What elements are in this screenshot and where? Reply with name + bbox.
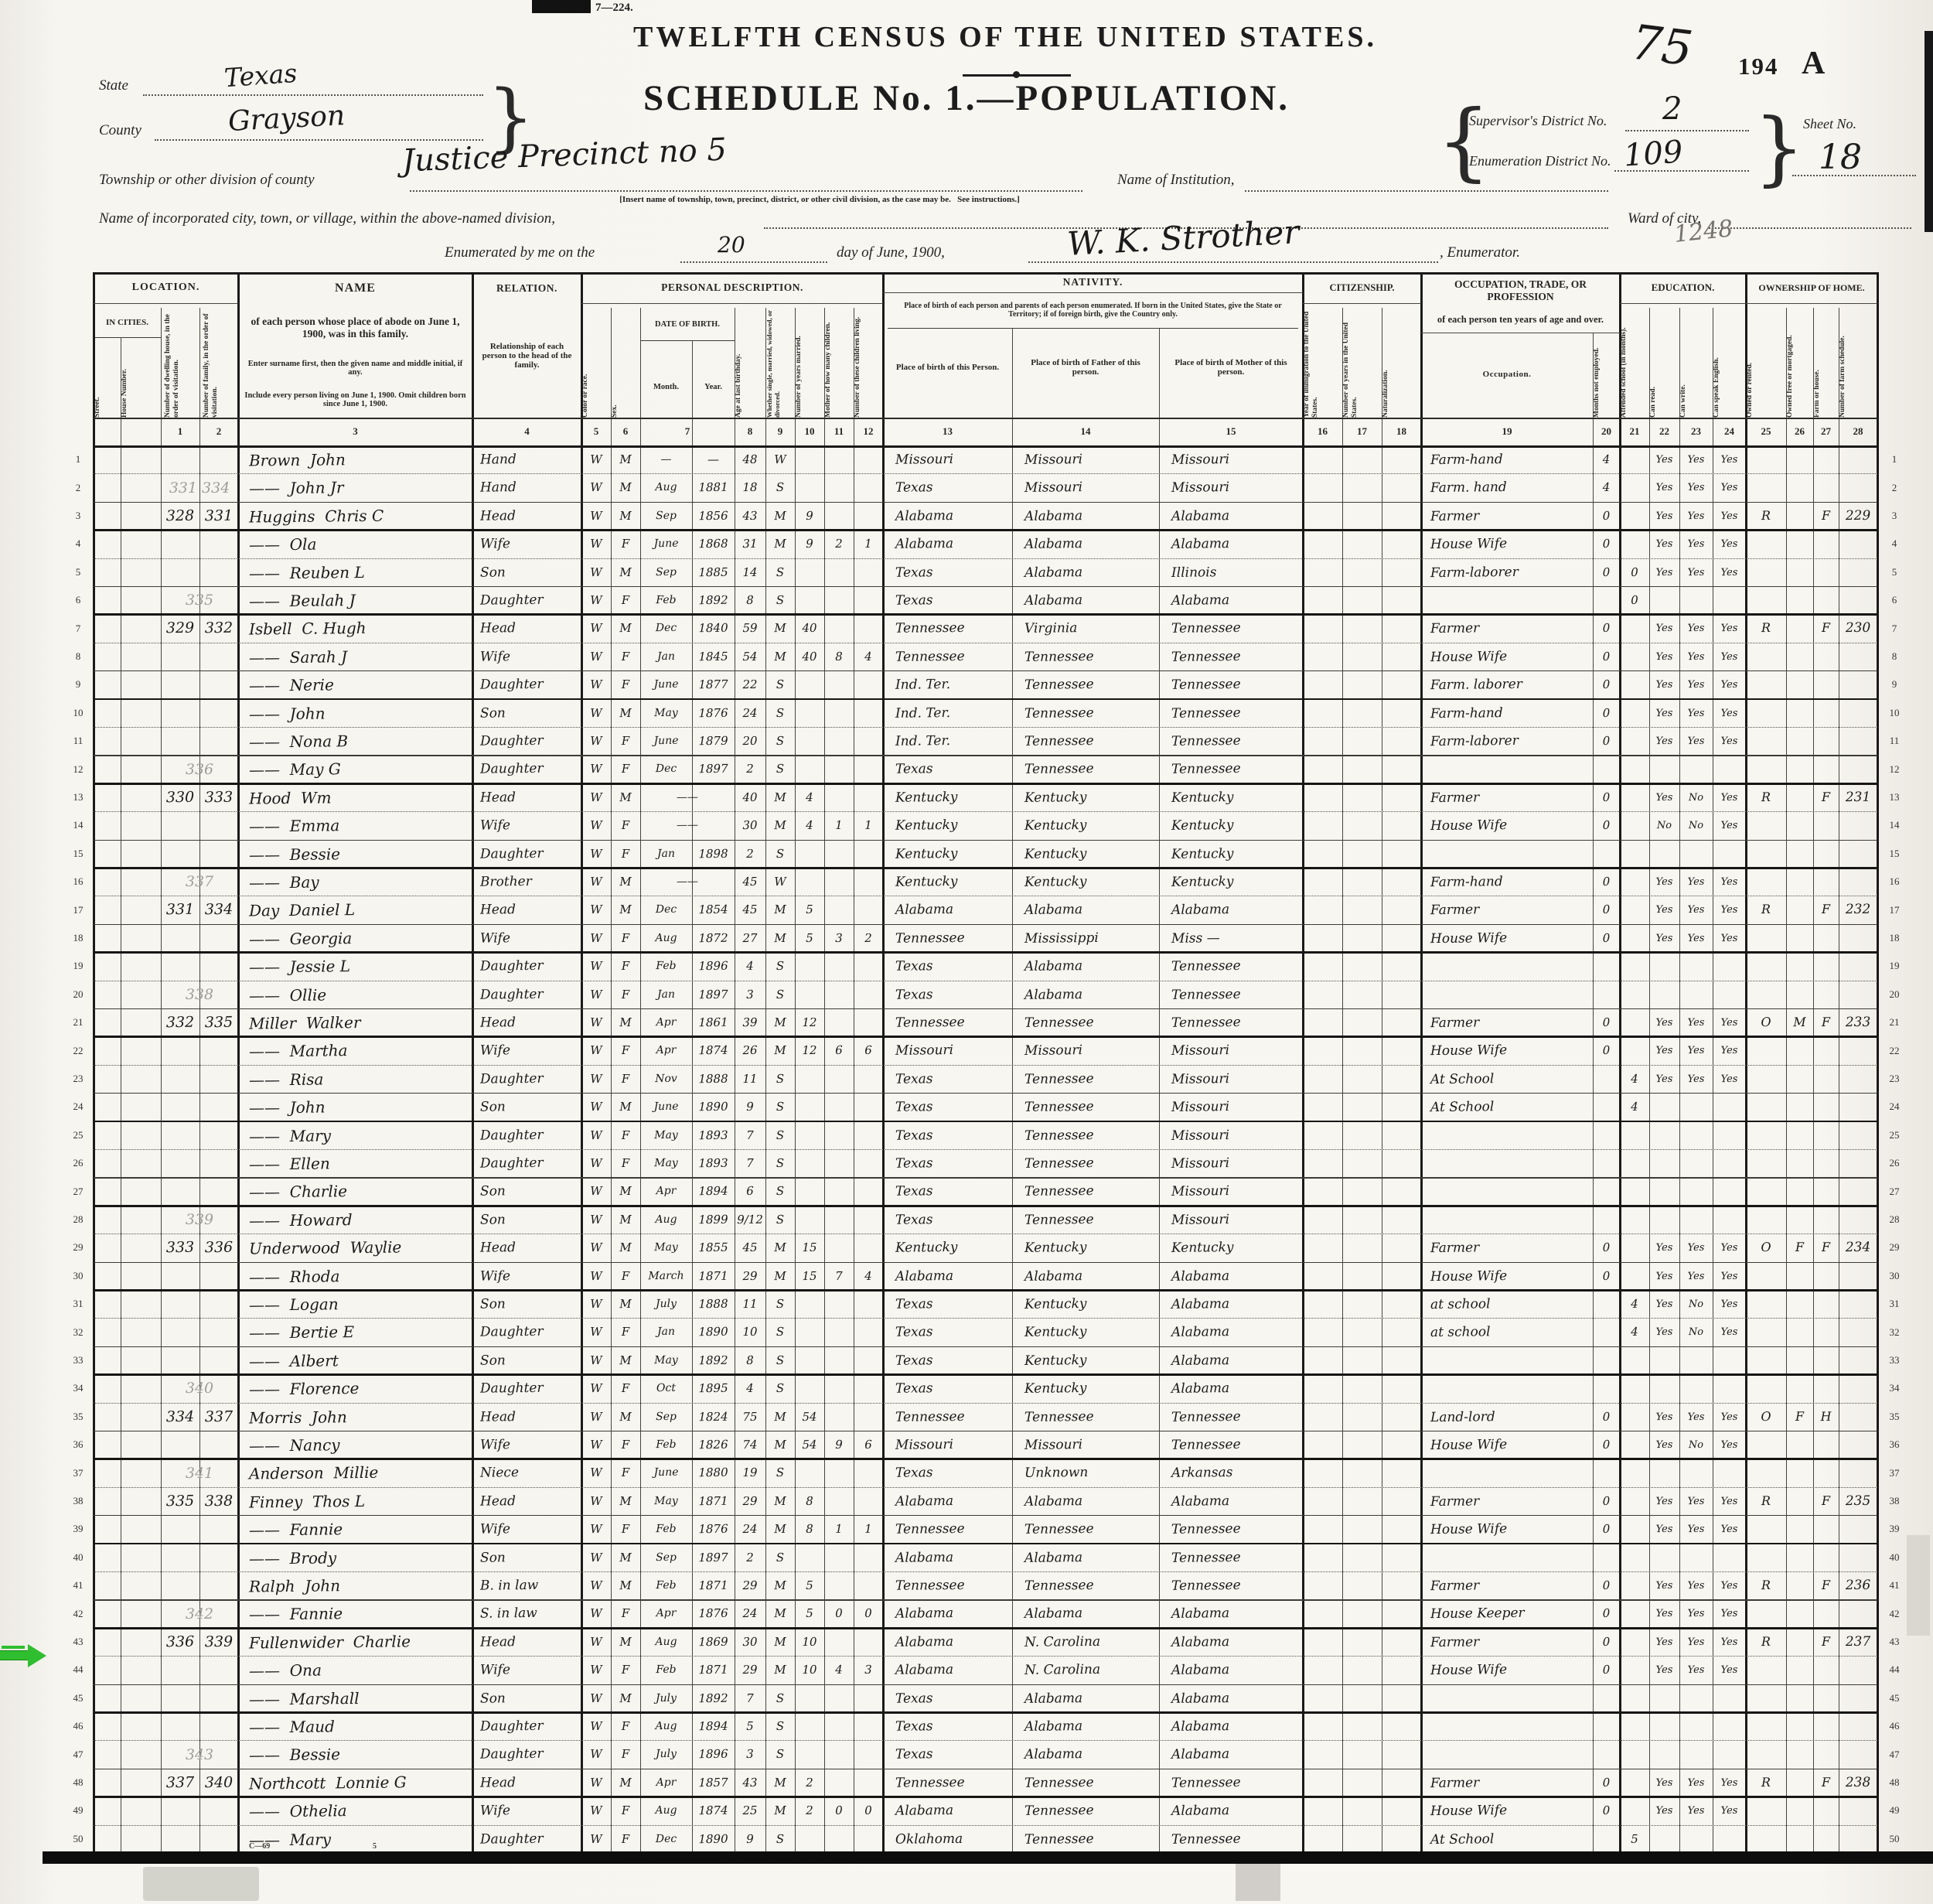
row-36-cell-ym: 54	[795, 1431, 824, 1459]
row-number-left-24: 24	[66, 1093, 90, 1121]
row-41-cell-fsn: 236	[1839, 1571, 1877, 1600]
col-name-note2: Include every person living on June 1, 1…	[244, 385, 466, 415]
row-32-cell-rel: Daughter	[472, 1318, 589, 1347]
row-48-cell-s: M	[611, 1769, 640, 1797]
row-32-cell-en: Yes	[1713, 1318, 1746, 1346]
row-7-cell-pbf: Virginia	[1012, 613, 1171, 643]
row-3-cell-bm: Sep	[640, 501, 692, 530]
row-44-cell-rel: Wife	[472, 1655, 589, 1684]
row-number-right-1: 1	[1882, 445, 1907, 473]
row-26-cell-pbf: Tennessee	[1012, 1148, 1171, 1179]
row-number-left-11: 11	[66, 727, 90, 755]
row-21-cell-rd: Yes	[1649, 1008, 1679, 1037]
table-rule-h	[1620, 303, 1746, 304]
row-38-cell-ym: 8	[795, 1487, 824, 1516]
row-36-cell-by: 1826	[692, 1431, 735, 1459]
row-24-cell-by: 1890	[692, 1093, 735, 1121]
row-42-cell-lv: 0	[854, 1599, 883, 1628]
row-43-cell-pb: Alabama	[883, 1627, 1024, 1657]
scan-artifact-top-blob	[532, 0, 591, 13]
row-34-cell-name: —— Florence	[238, 1373, 483, 1404]
row-41-cell-ym: 5	[795, 1571, 824, 1600]
row-20-cell-c: W	[581, 980, 611, 1008]
row-2-cell-name: —— John Jr	[238, 473, 483, 503]
row-1-cell-en: Yes	[1713, 445, 1746, 474]
row-1-cell-name: Brown John	[238, 444, 483, 475]
column-number-3: 3	[238, 418, 472, 445]
row-28-cell-pbf: Tennessee	[1012, 1205, 1171, 1235]
row-2-pencil-number: 331 334	[162, 473, 237, 501]
row-17-cell-wr: Yes	[1679, 896, 1713, 924]
row-35-cell-dw: 334	[161, 1402, 199, 1431]
row-38-cell-pbm: Alabama	[1159, 1486, 1315, 1517]
row-36-cell-occ: House Wife	[1421, 1430, 1602, 1460]
sheet-line	[1792, 175, 1916, 176]
green-arrow-head	[28, 1644, 46, 1667]
row-15-cell-rel: Daughter	[472, 839, 589, 868]
row-41-cell-name: Ralph John	[238, 1570, 483, 1601]
row-38-cell-by: 1871	[692, 1487, 735, 1516]
scan-artifact-right-strip	[1924, 31, 1933, 232]
col-attended-school: Attended school (in months).	[1620, 308, 1649, 419]
row-22-cell-age: 26	[735, 1036, 765, 1065]
row-35-cell-fm: F	[1786, 1402, 1813, 1431]
row-18-cell-pbm: Miss —	[1159, 923, 1315, 954]
row-28-cell-age: 9/12	[735, 1206, 765, 1234]
row-32-cell-c: W	[581, 1318, 611, 1346]
row-2-cell-age: 18	[735, 473, 765, 502]
row-28-cell-name: —— Howard	[238, 1204, 483, 1235]
row-23-cell-rd: Yes	[1649, 1065, 1679, 1094]
row-29-cell-mne: 0	[1593, 1234, 1620, 1262]
row-40-cell-s: M	[611, 1543, 640, 1571]
row-48-cell-en: Yes	[1713, 1769, 1746, 1797]
row-11-cell-name: —— Nona B	[238, 725, 483, 756]
row-3-cell-fam: 331	[199, 502, 238, 531]
green-arrow-tail-2	[2, 1646, 25, 1649]
row-22-cell-c: W	[581, 1036, 611, 1065]
row-8-cell-ym: 40	[795, 643, 824, 671]
row-7-cell-pbm: Tennessee	[1159, 613, 1315, 643]
row-20-cell-pb: Texas	[883, 980, 1024, 1009]
column-number-8: 8	[735, 418, 765, 445]
row-9-cell-m: S	[765, 670, 795, 699]
row-43-cell-fh: F	[1813, 1628, 1839, 1657]
col-group-name: NAME	[238, 275, 472, 302]
row-44-cell-s: F	[611, 1656, 640, 1684]
row-18-cell-c: W	[581, 924, 611, 953]
col-nativity-desc: Place of birth of each person and parent…	[888, 292, 1298, 329]
col-farm-schedule-no: Number of farm schedule.	[1839, 308, 1877, 419]
row-38-cell-en: Yes	[1713, 1487, 1746, 1516]
row-35-cell-pbf: Tennessee	[1012, 1402, 1171, 1432]
row-46-cell-by: 1894	[692, 1712, 735, 1741]
row-6-cell-pbf: Alabama	[1012, 585, 1171, 616]
row-39-cell-ym: 8	[795, 1515, 824, 1544]
col-group-personal: PERSONAL DESCRIPTION.	[581, 272, 883, 303]
row-49-cell-rel: Wife	[472, 1796, 589, 1825]
row-26-cell-m: S	[765, 1149, 795, 1178]
row-29-cell-by: 1855	[692, 1234, 735, 1262]
row-7-cell-by: 1840	[692, 614, 735, 643]
row-24-cell-age: 9	[735, 1093, 765, 1121]
row-1-cell-bm: —	[640, 445, 692, 474]
row-43-cell-en: Yes	[1713, 1628, 1746, 1657]
row-number-left-31: 31	[66, 1290, 90, 1318]
row-50-cell-rel: Daughter	[472, 1824, 589, 1854]
row-18-cell-lv: 2	[854, 924, 883, 953]
row-3-cell-ym: 9	[795, 502, 824, 531]
row-3-cell-s: M	[611, 502, 640, 531]
row-17-cell-fam: 334	[199, 896, 238, 924]
row-5-cell-en: Yes	[1713, 558, 1746, 586]
row-number-right-14: 14	[1882, 811, 1907, 839]
column-number-7: 7	[640, 418, 735, 445]
row-2-cell-mne: 4	[1593, 473, 1620, 502]
row-18-cell-ym: 5	[795, 924, 824, 953]
row-number-left-45: 45	[66, 1684, 90, 1712]
row-13-cell-rel: Head	[472, 783, 589, 812]
row-number-left-34: 34	[66, 1374, 90, 1402]
row-5-cell-m: S	[765, 558, 795, 586]
row-31-cell-pbf: Kentucky	[1012, 1289, 1171, 1319]
row-38-cell-m: M	[765, 1487, 795, 1516]
row-number-right-32: 32	[1882, 1318, 1907, 1346]
row-18-cell-rd: Yes	[1649, 924, 1679, 953]
row-23-cell-s: F	[611, 1065, 640, 1094]
row-20-cell-name: —— Ollie	[238, 979, 483, 1010]
scan-artifact-smudge-3	[1907, 1535, 1930, 1636]
row-44-cell-m: M	[765, 1656, 795, 1684]
col-group-ownership: OWNERSHIP OF HOME.	[1746, 272, 1877, 303]
row-32-cell-pbf: Kentucky	[1012, 1317, 1171, 1347]
row-14-cell-occ: House Wife	[1421, 810, 1602, 841]
row-35-cell-name: Morris John	[238, 1401, 483, 1432]
row-45-cell-pbf: Alabama	[1012, 1684, 1171, 1714]
row-13-cell-pbm: Kentucky	[1159, 783, 1315, 813]
row-4-cell-age: 31	[735, 530, 765, 558]
row-25-cell-name: —— Mary	[238, 1120, 483, 1151]
row-4-cell-mo: 2	[824, 530, 854, 558]
row-49-cell-name: —— Othelia	[238, 1796, 483, 1827]
row-49-cell-pbf: Tennessee	[1012, 1796, 1171, 1826]
row-50-cell-pb: Oklahoma	[883, 1824, 1024, 1854]
row-21-cell-occ: Farmer	[1421, 1008, 1602, 1038]
row-18-cell-pbf: Mississippi	[1012, 923, 1171, 954]
row-2-cell-occ: Farm. hand	[1421, 473, 1602, 503]
row-5-cell-rd: Yes	[1649, 558, 1679, 586]
row-number-right-18: 18	[1882, 924, 1907, 952]
col-color-race: Color or race.	[581, 308, 611, 419]
row-44-cell-en: Yes	[1713, 1656, 1746, 1684]
row-25-cell-pb: Texas	[883, 1121, 1024, 1150]
row-4-cell-by: 1868	[692, 530, 735, 558]
row-38-cell-pb: Alabama	[883, 1486, 1024, 1516]
row-1-cell-rd: Yes	[1649, 445, 1679, 474]
row-44-cell-ym: 10	[795, 1656, 824, 1684]
row-42-cell-wr: Yes	[1679, 1599, 1713, 1628]
row-40-cell-age: 2	[735, 1543, 765, 1571]
row-18-cell-wr: Yes	[1679, 924, 1713, 953]
row-41-cell-c: W	[581, 1571, 611, 1600]
census-title: TWELFTH CENSUS OF THE UNITED STATES.	[503, 20, 1508, 54]
row-35-cell-by: 1824	[692, 1402, 735, 1431]
row-29-cell-pbf: Kentucky	[1012, 1233, 1171, 1263]
row-29-cell-fm: F	[1786, 1234, 1813, 1262]
row-46-cell-bm: Aug	[640, 1712, 692, 1741]
row-11-cell-bm: June	[640, 727, 692, 756]
row-37-cell-bm: June	[640, 1459, 692, 1487]
row-44-cell-by: 1871	[692, 1656, 735, 1684]
row-49-cell-wr: Yes	[1679, 1797, 1713, 1825]
row-number-left-36: 36	[66, 1431, 90, 1459]
row-9-cell-rd: Yes	[1649, 670, 1679, 699]
row-20-cell-s: F	[611, 980, 640, 1008]
row-49-cell-lv: 0	[854, 1797, 883, 1825]
row-21-cell-fm: M	[1786, 1008, 1813, 1037]
row-30-cell-m: M	[765, 1261, 795, 1290]
row-3-cell-mne: 0	[1593, 502, 1620, 531]
row-43-cell-rd: Yes	[1649, 1628, 1679, 1657]
row-number-left-35: 35	[66, 1403, 90, 1431]
row-20-cell-m: S	[765, 980, 795, 1008]
row-14-cell-c: W	[581, 811, 611, 840]
row-14-cell-pb: Kentucky	[883, 810, 1024, 840]
row-39-cell-pbm: Tennessee	[1159, 1514, 1315, 1544]
row-36-cell-s: F	[611, 1431, 640, 1459]
row-number-left-23: 23	[66, 1065, 90, 1093]
col-children-living: Number of these children living.	[854, 308, 883, 419]
row-49-cell-m: M	[765, 1797, 795, 1825]
row-16-cell-rel: Brother	[472, 867, 589, 896]
row-46-cell-c: W	[581, 1712, 611, 1741]
row-49-cell-pb: Alabama	[883, 1796, 1024, 1825]
row-24-cell-m: S	[765, 1093, 795, 1121]
row-8-cell-pb: Tennessee	[883, 642, 1024, 671]
row-number-right-6: 6	[1882, 586, 1907, 614]
row-1-cell-s: M	[611, 445, 640, 474]
row-17-cell-occ: Farmer	[1421, 895, 1602, 925]
row-3-cell-rd: Yes	[1649, 502, 1679, 531]
row-27-cell-by: 1894	[692, 1177, 735, 1206]
row-36-cell-pbf: Missouri	[1012, 1430, 1171, 1460]
row-35-cell-pbm: Tennessee	[1159, 1402, 1315, 1432]
row-19-cell-name: —— Jessie L	[238, 951, 483, 982]
ward-value-handwritten: 1248	[1672, 215, 1734, 248]
row-30-cell-en: Yes	[1713, 1261, 1746, 1290]
row-8-cell-s: F	[611, 643, 640, 671]
row-17-cell-by: 1854	[692, 896, 735, 924]
row-17-cell-pbf: Alabama	[1012, 895, 1171, 925]
row-35-cell-own: O	[1746, 1402, 1786, 1431]
row-38-cell-mne: 0	[1593, 1487, 1620, 1516]
row-40-cell-rel: Son	[472, 1543, 589, 1572]
column-number-2: 2	[199, 418, 238, 445]
row-1-cell-by: —	[692, 445, 735, 474]
row-32-cell-occ: at school	[1421, 1317, 1602, 1347]
column-number-25: 25	[1746, 418, 1786, 445]
col-pob-mother: Place of birth of Mother of this person.	[1165, 340, 1297, 394]
row-31-cell-name: —— Logan	[238, 1288, 483, 1319]
column-number-12: 12	[854, 418, 883, 445]
row-8-cell-lv: 4	[854, 643, 883, 671]
row-39-cell-age: 24	[735, 1515, 765, 1544]
row-29-cell-wr: Yes	[1679, 1234, 1713, 1262]
column-number-5: 5	[581, 418, 611, 445]
row-1-cell-occ: Farm-hand	[1421, 445, 1602, 475]
row-5-cell-c: W	[581, 558, 611, 586]
row-19-cell-s: F	[611, 952, 640, 981]
row-45-cell-c: W	[581, 1684, 611, 1712]
row-9-cell-occ: Farm. laborer	[1421, 670, 1602, 700]
col-marital: Whether single, married, widowed, or div…	[765, 308, 795, 419]
row-46-cell-s: F	[611, 1712, 640, 1741]
row-42-cell-pbf: Alabama	[1012, 1599, 1171, 1629]
row-number-right-16: 16	[1882, 868, 1907, 896]
row-39-cell-wr: Yes	[1679, 1515, 1713, 1544]
row-34-cell-age: 4	[735, 1374, 765, 1403]
row-16-cell-m: W	[765, 868, 795, 896]
row-43-cell-by: 1869	[692, 1628, 735, 1657]
row-10-cell-pbf: Tennessee	[1012, 698, 1171, 729]
row-19-cell-bm: Feb	[640, 952, 692, 981]
row-26-cell-bm: May	[640, 1149, 692, 1178]
row-21-cell-pbm: Tennessee	[1159, 1008, 1315, 1038]
row-49-cell-age: 25	[735, 1797, 765, 1825]
row-3-cell-en: Yes	[1713, 502, 1746, 531]
row-9-cell-s: F	[611, 670, 640, 699]
row-47-cell-s: F	[611, 1740, 640, 1769]
row-number-right-38: 38	[1882, 1487, 1907, 1515]
row-38-cell-own: R	[1746, 1487, 1786, 1516]
row-48-cell-mne: 0	[1593, 1769, 1620, 1797]
row-26-cell-age: 7	[735, 1149, 765, 1178]
row-25-cell-age: 7	[735, 1121, 765, 1149]
row-10-cell-s: M	[611, 698, 640, 727]
col-immigration: Year of immigration to the United States…	[1303, 308, 1342, 419]
row-1-cell-pbm: Missouri	[1159, 445, 1315, 475]
row-43-cell-bm: Aug	[640, 1627, 692, 1656]
row-37-cell-m: S	[765, 1459, 795, 1487]
page-number: 194	[1738, 53, 1779, 80]
row-7-cell-pb: Tennessee	[883, 613, 1024, 643]
row-43-cell-fam: 339	[199, 1628, 238, 1657]
row-47-cell-by: 1896	[692, 1740, 735, 1769]
enumeration-label: Enumeration District No.	[1469, 153, 1611, 169]
row-23-cell-rel: Daughter	[472, 1064, 589, 1094]
row-number-left-19: 19	[66, 952, 90, 980]
row-41-cell-wr: Yes	[1679, 1571, 1713, 1600]
row-42-cell-age: 24	[735, 1599, 765, 1628]
row-26-cell-rel: Daughter	[472, 1148, 589, 1178]
row-43-cell-fsn: 237	[1839, 1628, 1877, 1657]
row-number-right-42: 42	[1882, 1599, 1907, 1627]
row-22-cell-mo: 6	[824, 1036, 854, 1065]
row-18-cell-mne: 0	[1593, 924, 1620, 953]
row-6-pencil-number: 335	[162, 586, 237, 614]
row-43-cell-mne: 0	[1593, 1628, 1620, 1657]
row-number-left-39: 39	[66, 1515, 90, 1543]
row-50-cell-sch: 5	[1620, 1824, 1649, 1853]
row-2-cell-c: W	[581, 473, 611, 502]
row-number-right-9: 9	[1882, 670, 1907, 698]
row-14-cell-bm: ——	[640, 811, 735, 841]
row-32-cell-sch: 4	[1620, 1318, 1649, 1346]
row-31-cell-bm: July	[640, 1290, 692, 1319]
row-14-cell-pbm: Kentucky	[1159, 810, 1315, 841]
row-21-cell-c: W	[581, 1008, 611, 1037]
row-number-right-4: 4	[1882, 530, 1907, 558]
row-18-cell-name: —— Georgia	[238, 923, 483, 954]
row-24-cell-pbm: Missouri	[1159, 1092, 1315, 1122]
row-28-cell-bm: Aug	[640, 1205, 692, 1234]
row-28-pencil-number: 339	[162, 1206, 237, 1234]
row-5-cell-bm: Sep	[640, 558, 692, 586]
row-34-cell-c: W	[581, 1374, 611, 1403]
row-number-right-25: 25	[1882, 1121, 1907, 1149]
row-20-cell-pbf: Alabama	[1012, 980, 1171, 1010]
row-42-cell-by: 1876	[692, 1599, 735, 1628]
supervisor-label: Supervisor's District No.	[1469, 113, 1607, 129]
enumeration-value: 109	[1622, 134, 1683, 173]
row-12-cell-pbf: Tennessee	[1012, 754, 1171, 784]
row-23-cell-name: —— Risa	[238, 1063, 483, 1094]
row-19-cell-m: S	[765, 952, 795, 981]
row-28-cell-m: S	[765, 1206, 795, 1234]
sheet-value: 18	[1819, 138, 1862, 177]
row-number-left-37: 37	[66, 1459, 90, 1486]
row-43-cell-dw: 336	[161, 1628, 199, 1657]
table-rule-v	[1786, 308, 1787, 1853]
row-35-cell-ym: 54	[795, 1402, 824, 1431]
row-21-cell-own: O	[1746, 1008, 1786, 1037]
row-number-right-17: 17	[1882, 896, 1907, 923]
row-number-right-33: 33	[1882, 1346, 1907, 1374]
row-7-cell-own: R	[1746, 614, 1786, 643]
row-10-cell-pb: Ind. Ter.	[883, 698, 1024, 728]
col-pob-person: Place of birth of this Person.	[889, 340, 1006, 394]
row-21-cell-by: 1861	[692, 1008, 735, 1037]
row-1-cell-rel: Hand	[472, 445, 589, 474]
row-10-cell-wr: Yes	[1679, 698, 1713, 727]
row-45-cell-rel: Son	[472, 1684, 589, 1713]
row-38-cell-age: 29	[735, 1487, 765, 1516]
scan-artifact-smudge-1	[143, 1867, 259, 1901]
row-19-cell-c: W	[581, 952, 611, 981]
row-30-cell-bm: March	[640, 1261, 692, 1290]
row-13-cell-occ: Farmer	[1421, 783, 1602, 813]
row-43-cell-own: R	[1746, 1628, 1786, 1657]
row-48-cell-rd: Yes	[1649, 1769, 1679, 1797]
row-16-cell-c: W	[581, 868, 611, 896]
row-36-cell-pbm: Tennessee	[1159, 1430, 1315, 1460]
col-years-in-us: Number of years in the United States.	[1342, 308, 1382, 419]
col-mother-of: Mother of how many children.	[824, 308, 854, 419]
row-number-left-3: 3	[66, 502, 90, 530]
row-number-left-43: 43	[66, 1628, 90, 1656]
column-number-15: 15	[1159, 418, 1303, 445]
row-30-cell-pbf: Alabama	[1012, 1261, 1171, 1292]
row-6-cell-pb: Texas	[883, 585, 1024, 615]
row-7-cell-rel: Head	[472, 614, 589, 643]
row-number-left-10: 10	[66, 699, 90, 727]
district-close-brace: }	[1754, 101, 1805, 195]
row-31-cell-s: M	[611, 1290, 640, 1319]
row-48-cell-name: Northcott Lonnie G	[238, 1767, 483, 1798]
row-41-cell-en: Yes	[1713, 1571, 1746, 1600]
row-46-cell-age: 5	[735, 1712, 765, 1741]
row-47-cell-rel: Daughter	[472, 1740, 589, 1769]
